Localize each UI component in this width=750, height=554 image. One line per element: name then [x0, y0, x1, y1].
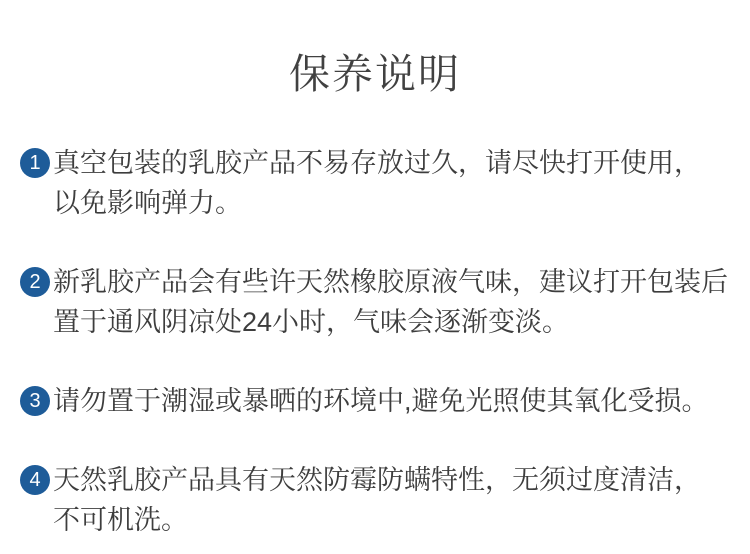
- item-text: 请勿置于潮湿或暴晒的环境中,避免光照使其氧化受损。: [53, 381, 736, 421]
- item-number-badge: 4: [20, 465, 50, 495]
- item-number: 2: [29, 272, 40, 292]
- item-text: 新乳胶产品会有些许天然橡胶原液气味，建议打开包装后 置于通风阴凉处24小时，气味…: [53, 262, 736, 342]
- care-items-list: 1 真空包装的乳胶产品不易存放过久，请尽快打开使用， 以免影响弹力。 2 新乳胶…: [0, 143, 750, 540]
- item-number-badge: 2: [20, 267, 50, 297]
- item-number-badge: 3: [20, 386, 50, 416]
- item-text: 天然乳胶产品具有天然防霉防螨特性，无须过度清洁， 不可机洗。: [53, 460, 736, 540]
- care-item: 2 新乳胶产品会有些许天然橡胶原液气味，建议打开包装后 置于通风阴凉处24小时，…: [20, 262, 736, 342]
- care-item: 1 真空包装的乳胶产品不易存放过久，请尽快打开使用， 以免影响弹力。: [20, 143, 736, 223]
- page-title: 保养说明: [0, 0, 750, 100]
- item-number: 1: [29, 153, 40, 173]
- item-number-badge: 1: [20, 148, 50, 178]
- care-item: 4 天然乳胶产品具有天然防霉防螨特性，无须过度清洁， 不可机洗。: [20, 460, 736, 540]
- item-text: 真空包装的乳胶产品不易存放过久，请尽快打开使用， 以免影响弹力。: [53, 143, 736, 223]
- item-number: 3: [29, 391, 40, 411]
- care-instructions-panel: 保养说明 1 真空包装的乳胶产品不易存放过久，请尽快打开使用， 以免影响弹力。 …: [0, 0, 750, 554]
- item-number: 4: [29, 470, 40, 490]
- care-item: 3 请勿置于潮湿或暴晒的环境中,避免光照使其氧化受损。: [20, 381, 736, 421]
